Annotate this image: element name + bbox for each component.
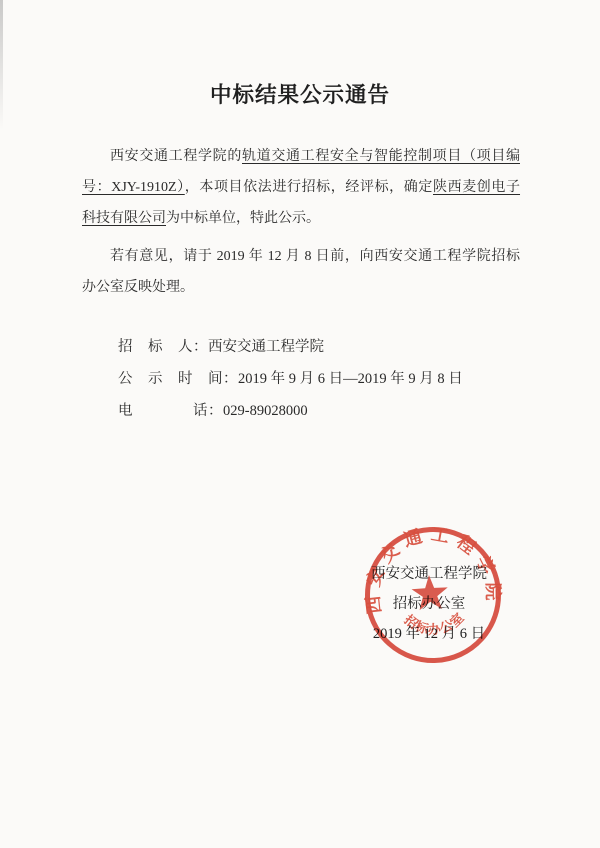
paragraph-objection: 若有意见，请于 2019 年 12 月 8 日前，向西安交通工程学院招标 办公室… <box>82 241 520 303</box>
underlined-winner-name: 科技有限公司 <box>82 211 166 226</box>
paragraph-award: 西安交通工程学院的轨道交通工程安全与智能控制项目（项目编 号：XJY-1910Z… <box>82 141 520 234</box>
body-line: 西安交通工程学院的轨道交通工程安全与智能控制项目（项目编 <box>82 141 520 172</box>
text-run: 若有意见，请于 2019 年 12 月 8 日前，向西安交通工程学院招标 <box>110 249 520 264</box>
document-title: 中标结果公示通告 <box>0 82 600 109</box>
body-line: 号：XJY-1910Z），本项目依法进行招标，经评标，确定陕西麦创电子 <box>82 172 520 203</box>
signature-date: 2019 年 12 月 6 日 <box>351 619 507 649</box>
text-run: 为中标单位，特此公示。 <box>166 211 320 226</box>
text-run: 办公室反映处理。 <box>82 280 194 295</box>
body-line: 科技有限公司为中标单位，特此公示。 <box>82 203 520 234</box>
details-block: 招 标 人：西安交通工程学院 公 示 时 间：2019 年 9 月 6 日—20… <box>118 331 463 427</box>
scanned-document-page: 中标结果公示通告 西安交通工程学院的轨道交通工程安全与智能控制项目（项目编 号：… <box>0 0 600 848</box>
signature-office: 招标办公室 <box>351 589 507 619</box>
underlined-project-name: 轨道交通工程安全与智能控制项目（项目编 <box>242 149 520 164</box>
detail-row-phone: 电 话：029-89028000 <box>118 395 463 427</box>
text-run: 西安交通工程学院的 <box>110 149 242 164</box>
document-body: 西安交通工程学院的轨道交通工程安全与智能控制项目（项目编 号：XJY-1910Z… <box>82 141 520 303</box>
scan-edge-artifact <box>0 0 3 130</box>
underlined-project-number: 号：XJY-1910Z） <box>82 180 185 195</box>
underlined-winner-name: 陕西麦创电子 <box>433 180 520 195</box>
text-run: ，本项目依法进行招标，经评标，确定 <box>185 180 433 195</box>
period-value: 2019 年 9 月 6 日—2019 年 9 月 8 日 <box>238 371 463 387</box>
detail-row-period: 公 示 时 间：2019 年 9 月 6 日—2019 年 9 月 8 日 <box>118 363 463 395</box>
bidder-value: 西安交通工程学院 <box>208 339 324 355</box>
signature-block: 西安交通工程学院 招标办公室 2019 年 12 月 6 日 <box>351 559 507 649</box>
detail-row-bidder: 招 标 人：西安交通工程学院 <box>118 331 463 363</box>
phone-label: 电 话： <box>118 403 223 419</box>
body-line: 若有意见，请于 2019 年 12 月 8 日前，向西安交通工程学院招标 <box>82 241 520 272</box>
body-line: 办公室反映处理。 <box>82 272 520 303</box>
phone-value: 029-89028000 <box>223 403 308 419</box>
period-label: 公 示 时 间： <box>118 371 238 387</box>
bidder-label: 招 标 人： <box>118 339 208 355</box>
signature-org: 西安交通工程学院 <box>351 559 507 589</box>
